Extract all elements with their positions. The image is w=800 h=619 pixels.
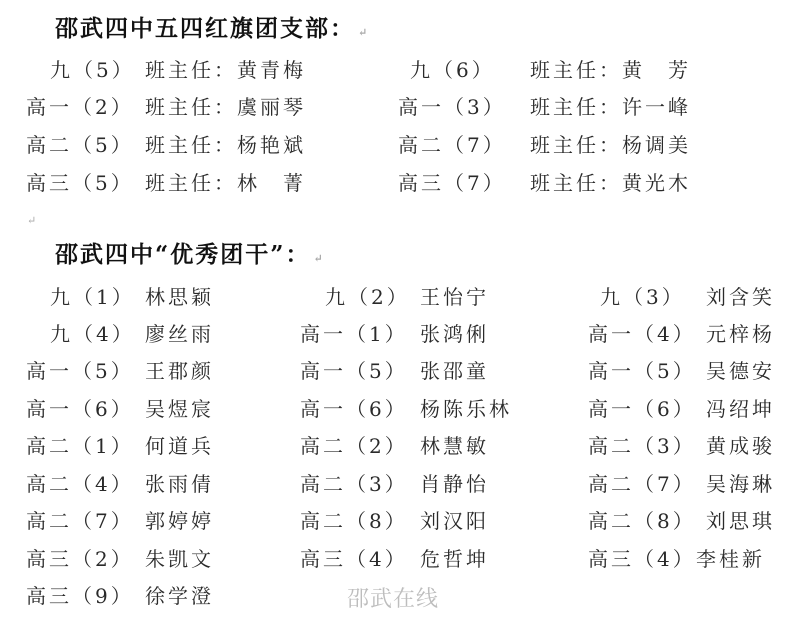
class-label: 高一（6）	[300, 393, 408, 422]
class-label: 高二（3）	[588, 430, 696, 459]
class-label: 高二（2）	[300, 430, 408, 459]
class-label: 高一（3）	[398, 91, 506, 120]
cadre-name: 刘汉阳	[420, 505, 489, 534]
class-label: 高二（7）	[398, 129, 506, 158]
cadre-name: 郭婷婷	[145, 505, 214, 534]
section-title-red-flag-branch: 邵武四中五四红旗团支部：↵	[55, 10, 369, 43]
teacher-label: 班主任：黄青梅	[145, 54, 306, 83]
teacher-label: 班主任：黄光木	[530, 167, 691, 196]
title-text: 邵武四中五四红旗团支部：	[55, 15, 355, 42]
cadre-name: 刘含笑	[706, 281, 775, 310]
class-label: 高二（7）	[26, 505, 134, 534]
cadre-name: 张雨倩	[145, 468, 214, 497]
class-label: 高一（5）	[588, 355, 696, 384]
class-label: 高三（4）	[300, 543, 408, 572]
paragraph-mark-icon: ↵	[313, 252, 324, 265]
paragraph-mark-icon: ↵	[358, 26, 369, 39]
cadre-row: 九（1）林思颖九（2）王怡宁九（3）刘含笑	[0, 281, 800, 311]
class-label: 高二（1）	[26, 430, 134, 459]
class-label: 九（2）	[325, 281, 410, 310]
class-label: 高一（6）	[588, 393, 696, 422]
cadre-row: 九（4）廖丝雨高一（1）张鸿俐高一（4）元梓杨	[0, 318, 800, 348]
teacher-row: 高二（5） 班主任：杨艳斌 高二（7） 班主任：杨调美	[0, 129, 800, 159]
cadre-name: 张邵童	[420, 355, 489, 384]
cadre-name: 徐学澄	[145, 580, 214, 609]
class-label: 高一（6）	[26, 393, 134, 422]
class-label: 高一（4）	[588, 318, 696, 347]
cadre-name: 吴德安	[706, 355, 775, 384]
cadre-row: 高一（6）吴煜宸高一（6）杨陈乐林高一（6）冯绍坤	[0, 393, 800, 423]
paragraph-mark-icon: ↵	[27, 214, 36, 227]
title-text: 邵武四中“优秀团干”：	[55, 241, 310, 268]
teacher-label: 班主任：黄 芳	[530, 54, 691, 83]
cadre-name: 廖丝雨	[145, 318, 214, 347]
cadre-name: 肖静怡	[420, 468, 489, 497]
cadre-row: 高一（5）王郡颜高一（5）张邵童高一（5）吴德安	[0, 355, 800, 385]
cadre-row: 高二（4）张雨倩高二（3）肖静怡高二（7）吴海琳	[0, 468, 800, 498]
teacher-label: 班主任：杨调美	[530, 129, 691, 158]
cadre-row: 高二（7）郭婷婷高二（8）刘汉阳高二（8）刘思琪	[0, 505, 800, 535]
cadre-name: 张鸿俐	[420, 318, 489, 347]
teacher-label: 班主任：杨艳斌	[145, 129, 306, 158]
cadre-name: 李桂新	[696, 543, 765, 572]
class-label: 高二（5）	[26, 129, 134, 158]
watermark: 邵武在线	[347, 582, 439, 613]
cadre-name: 林慧敏	[420, 430, 489, 459]
section-title-excellent-cadres: 邵武四中“优秀团干”：↵	[55, 236, 325, 269]
cadre-row: 高三（2）朱凯文高三（4）危哲坤高三（4）李桂新	[0, 543, 800, 573]
cadre-name: 元梓杨	[706, 318, 775, 347]
cadre-name: 吴煜宸	[145, 393, 214, 422]
cadre-name: 吴海琳	[706, 468, 775, 497]
class-label: 九（4）	[50, 318, 135, 347]
cadre-row: 高二（1）何道兵高二（2）林慧敏高二（3）黄成骏	[0, 430, 800, 460]
teacher-row: 九（5） 班主任：黄青梅 九（6） 班主任：黄 芳	[0, 54, 800, 84]
class-label: 高三（9）	[26, 580, 134, 609]
class-label: 高三（2）	[26, 543, 134, 572]
class-label: 九（3）	[600, 281, 685, 310]
teacher-label: 班主任：林 菁	[145, 167, 306, 196]
cadre-name: 刘思琪	[706, 505, 775, 534]
class-label: 高一（1）	[300, 318, 408, 347]
cadre-name: 何道兵	[145, 430, 214, 459]
cadre-name: 杨陈乐林	[420, 393, 512, 422]
teacher-label: 班主任：许一峰	[530, 91, 691, 120]
teacher-row: 高一（2） 班主任：虞丽琴 高一（3） 班主任：许一峰	[0, 91, 800, 121]
teacher-label: 班主任：虞丽琴	[145, 91, 306, 120]
class-label: 高二（8）	[300, 505, 408, 534]
class-label: 高一（2）	[26, 91, 134, 120]
class-label: 高一（5）	[300, 355, 408, 384]
class-label: 高二（7）	[588, 468, 696, 497]
class-label: 高三（7）	[398, 167, 506, 196]
class-label: 高一（5）	[26, 355, 134, 384]
cadre-name: 朱凯文	[145, 543, 214, 572]
class-label: 九（6）	[410, 54, 495, 83]
class-label: 九（5）	[50, 54, 135, 83]
class-label: 九（1）	[50, 281, 135, 310]
class-label: 高二（8）	[588, 505, 696, 534]
cadre-name: 危哲坤	[420, 543, 489, 572]
cadre-name: 冯绍坤	[706, 393, 775, 422]
cadre-name: 王郡颜	[145, 355, 214, 384]
class-label: 高二（3）	[300, 468, 408, 497]
class-label: 高二（4）	[26, 468, 134, 497]
cadre-name: 黄成骏	[706, 430, 775, 459]
cadre-name: 王怡宁	[420, 281, 489, 310]
teacher-row: 高三（5） 班主任：林 菁 高三（7） 班主任：黄光木	[0, 167, 800, 197]
cadre-name: 林思颖	[145, 281, 214, 310]
class-label: 高三（4）	[588, 543, 696, 572]
class-label: 高三（5）	[26, 167, 134, 196]
